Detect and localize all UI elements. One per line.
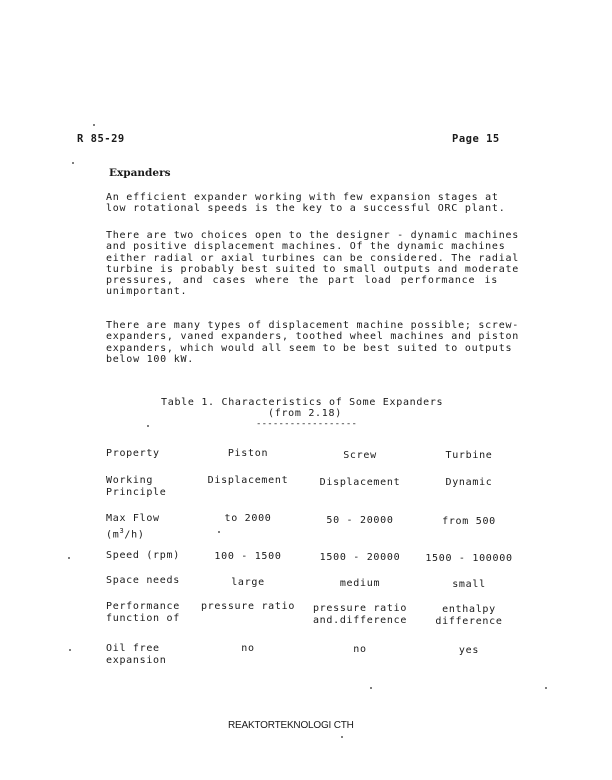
table-cell: Displacement — [320, 477, 401, 489]
scan-speck — [69, 649, 71, 651]
table-cell: pressure ratio — [201, 601, 295, 613]
table-cell: no — [353, 644, 366, 656]
report-id: R 85-29 — [77, 133, 125, 145]
paragraph-line: turbine is probably best suited to small… — [106, 264, 498, 275]
table-row-label: Performance function of — [106, 601, 180, 625]
table-cell: small — [452, 579, 486, 591]
table-cell: yes — [459, 645, 479, 657]
table-cell: 1500 - 100000 — [425, 553, 512, 565]
paragraph-line: There are two choices open to the design… — [106, 230, 498, 241]
row-label-line: expansion — [106, 655, 167, 667]
scan-speck — [147, 425, 149, 427]
table-row-label: Max Flow (m3/h) — [106, 513, 160, 541]
table-source: (from 2.18) — [268, 408, 342, 419]
paragraph-line: below 100 kW. — [106, 354, 498, 365]
paragraph-line: pressures, and cases where the part load… — [106, 275, 498, 286]
table-cell: Dynamic — [445, 477, 492, 489]
row-label-line: function of — [106, 613, 180, 625]
table-cell: 50 - 20000 — [326, 515, 393, 527]
scan-speck — [218, 531, 220, 533]
row-label-line: Performance — [106, 601, 180, 613]
paragraph-3: There are many types of displacement mac… — [106, 320, 498, 365]
table-row-label: Space needs — [106, 575, 180, 587]
cell-line: difference — [435, 616, 502, 628]
cell-line: pressure ratio — [313, 603, 407, 615]
table-cell: medium — [340, 578, 380, 590]
page-footer: REAKTORTEKNOLOGI CTH — [228, 720, 354, 731]
table-cell: enthalpy difference — [435, 604, 502, 628]
scan-speck — [93, 124, 95, 126]
paragraph-line: expanders, vaned expanders, toothed whee… — [106, 331, 498, 342]
table-row-label: Oil free expansion — [106, 643, 167, 667]
paragraph-1: An efficient expander working with few e… — [106, 192, 498, 215]
table-cell: to 2000 — [224, 513, 271, 525]
paragraph-line: There are many types of displacement mac… — [106, 320, 498, 331]
table-row-label: Speed (rpm) — [106, 550, 180, 562]
scan-speck — [72, 162, 74, 164]
paragraph-line: either radial or axial turbines can be c… — [106, 253, 498, 264]
page-number: Page 15 — [452, 133, 500, 145]
table-cell: large — [231, 577, 265, 589]
paragraph-line: low rotational speeds is the key to a su… — [106, 203, 498, 214]
row-label-line: Max Flow — [106, 513, 160, 525]
table-cell: Displacement — [208, 475, 289, 487]
row-label-line: Principle — [106, 487, 167, 499]
scan-speck — [68, 557, 70, 559]
scan-speck — [341, 736, 343, 738]
table-header-piston: Piston — [228, 448, 268, 460]
cell-line: enthalpy — [435, 604, 502, 616]
table-row-label: Working Principle — [106, 475, 167, 499]
caption-underline: ------------------ — [256, 419, 357, 429]
table-cell: pressure ratio and.difference — [313, 603, 407, 627]
row-label-line: (m3/h) — [106, 525, 160, 541]
section-heading: Expanders — [109, 167, 171, 179]
scan-speck — [545, 687, 547, 689]
paragraph-line: and positive displacement machines. Of t… — [106, 241, 498, 252]
table-cell: from 500 — [442, 516, 496, 528]
table-header-property: Property — [106, 448, 160, 460]
table-cell: no — [241, 643, 254, 655]
paragraph-line: unimportant. — [106, 286, 498, 297]
paragraph-2: There are two choices open to the design… — [106, 230, 498, 298]
table-caption: Table 1. Characteristics of Some Expande… — [161, 397, 443, 408]
paragraph-line: expanders, which would all seem to be be… — [106, 343, 498, 354]
row-label-line: Working — [106, 475, 167, 487]
table-cell: 100 - 1500 — [214, 551, 281, 563]
paragraph-line: An efficient expander working with few e… — [106, 192, 498, 203]
table-header-screw: Screw — [343, 450, 377, 462]
row-label-line: Oil free — [106, 643, 167, 655]
table-header-turbine: Turbine — [445, 450, 492, 462]
cell-line: and.difference — [313, 615, 407, 627]
scan-speck — [370, 687, 372, 689]
table-cell: 1500 - 20000 — [320, 552, 401, 564]
